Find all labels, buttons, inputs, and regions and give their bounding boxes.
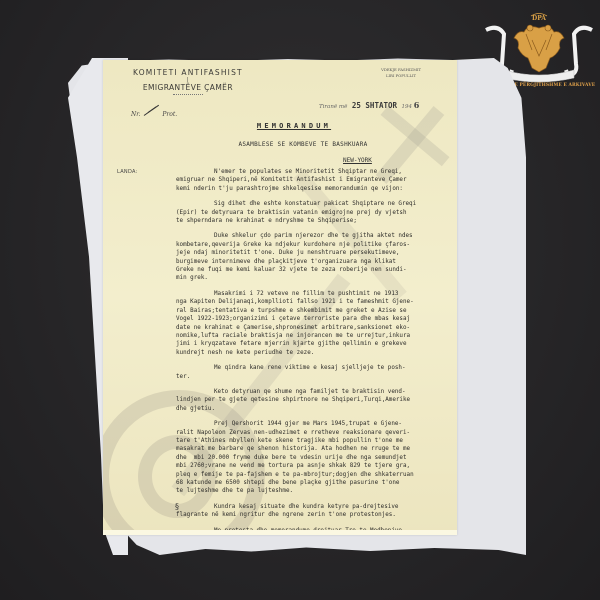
reference-number: Nr.Prot.	[131, 106, 177, 118]
text-line: Sig dihet dhe eshte konstatuar pakicat S…	[176, 200, 456, 208]
text-line: ral Bairas;tentativa e turpshme e shkemb…	[176, 307, 456, 315]
text-line: Prej Qershorit 1944 gjer me Mars 1945,tr…	[176, 420, 456, 428]
landa-label: LANDA:	[117, 169, 138, 175]
text-line: 68 katunde me 6500 shtepi dhe bene plaçk…	[176, 479, 456, 487]
text-line: Kundra kesaj situate dhe kundra ketyre p…	[176, 503, 456, 511]
text-line: mbi 2760;vrane ne vend me tortura pa asn…	[176, 462, 456, 470]
text-line: Me qindra kane rene viktime e kesaj sjel…	[176, 364, 456, 372]
text-line: jimi i kryqzatave fetare mjerrin kjarte …	[176, 340, 456, 348]
text-line: emigruar ne Shqiperi,në Komitetit Antifa…	[176, 176, 456, 184]
text-line: te shperndara ne krahinat e ndryshme te …	[176, 217, 456, 225]
text-line: flagrante në kemi ngritur dhe ngrene zer…	[176, 511, 456, 519]
addressee: ASAMBLESE SE KOMBEVE TE BASHKUARA	[103, 141, 457, 148]
text-line: ralit Napoleon Zervas nen-udhezimet e rr…	[176, 429, 456, 437]
text-line: tare t'Athines mbyllen kete skene tragji…	[176, 437, 456, 445]
text-line: Duke shkelur çdo parim njerezor dhe te g…	[176, 232, 456, 240]
text-line: kombetare,qeverija Greke ka ndjekur kurd…	[176, 241, 456, 249]
paragraph: Sig dihet dhe eshte konstatuar pakicat S…	[176, 200, 456, 225]
text-line: te lujteshme dhe te pa lujteshme.	[176, 487, 456, 495]
paragraph: Kundra kesaj situate dhe kundra ketyre p…	[176, 503, 456, 520]
text-line: nga Kapiten Delijanaqi,kompllioti fallso…	[176, 298, 456, 306]
svg-text:DPA: DPA	[532, 15, 546, 22]
letterhead: KOMITETI ANTIFASHIST | EMIGRANTËVE ÇAMËR	[133, 68, 243, 95]
text-line: (Epir) te detyruara te braktisin vatanin…	[176, 209, 456, 217]
paragraph: Prej Qershorit 1944 gjer me Mars 1945,tr…	[176, 420, 456, 496]
text-line: nomike,lufta raciale braktisja ne injora…	[176, 332, 456, 340]
text-line: Masakrimi i 72 veteve ne fillim te pusht…	[176, 290, 456, 298]
text-line: burgimeve internimeve dhe plaçkitjeve t'…	[176, 258, 456, 266]
text-line: min grek.	[176, 274, 456, 282]
text-line: N'emer te populates se Minoritetit Shqip…	[176, 168, 456, 176]
paragraph: Masakrimi i 72 veteve ne fillim te pusht…	[176, 290, 456, 357]
text-line: ter.	[176, 373, 456, 381]
letterhead-motto: VDEKJE FASHIZMIT LIRI POPULLIT	[381, 67, 421, 79]
text-line: Greke ne fuqi me kemi kaluar 32 vjete te…	[176, 266, 456, 274]
memorandum-body: N'emer te populates se Minoritetit Shqip…	[176, 168, 456, 535]
text-line: Vogel 1922-1923;organizimi i çetave terr…	[176, 315, 456, 323]
text-line: dhe mbi 20.000 fryme duke bere te vdesin…	[176, 454, 456, 462]
text-line: kundrejt nesh ne kete periudhe te zeze.	[176, 349, 456, 357]
page-edge	[103, 530, 457, 535]
text-line: masakrat me barbare qe shenon historija.…	[176, 445, 456, 453]
text-line: pleq e femije te pa-fajshem e te pa-mbro…	[176, 471, 456, 479]
text-line: date ne krahinat e Çamerise,shpronesimet…	[176, 324, 456, 332]
paragraph: Keto detyruan qe shume nga familjet te b…	[176, 388, 456, 413]
paragraph: Duke shkelur çdo parim njerezor dhe te g…	[176, 232, 456, 282]
document-title: MEMORANDUM	[103, 122, 457, 130]
paragraph: N'emer te populates se Minoritetit Shqip…	[176, 168, 456, 193]
text-line: Keto detyruan qe shume nga familjet te b…	[176, 388, 456, 396]
letterhead-line1: KOMITETI ANTIFASHIST	[133, 68, 243, 77]
memorandum-document: KOMITETI ANTIFASHIST | EMIGRANTËVE ÇAMËR…	[103, 60, 457, 535]
text-line: dhe gjetiu.	[176, 405, 456, 413]
document-date: Tiranë më 25 SHTATOR 194 6	[319, 100, 419, 110]
letterhead-line2: EMIGRANTËVE ÇAMËR	[133, 83, 243, 92]
text-line: kemi nderin t'ju parashtrojme shkelqesis…	[176, 185, 456, 193]
paragraph: Me qindra kane rene viktime e kesaj sjel…	[176, 364, 456, 381]
text-line: lindjen per te gjete qetesine shpirtnore…	[176, 396, 456, 404]
addressee-city: NEW-YORK	[343, 157, 372, 164]
text-line: jeje ndaj minoritetit t'one. Duke ju nen…	[176, 249, 456, 257]
handwritten-number	[142, 106, 160, 116]
letterhead-rule	[173, 94, 203, 95]
signature-mark: §	[175, 502, 179, 511]
